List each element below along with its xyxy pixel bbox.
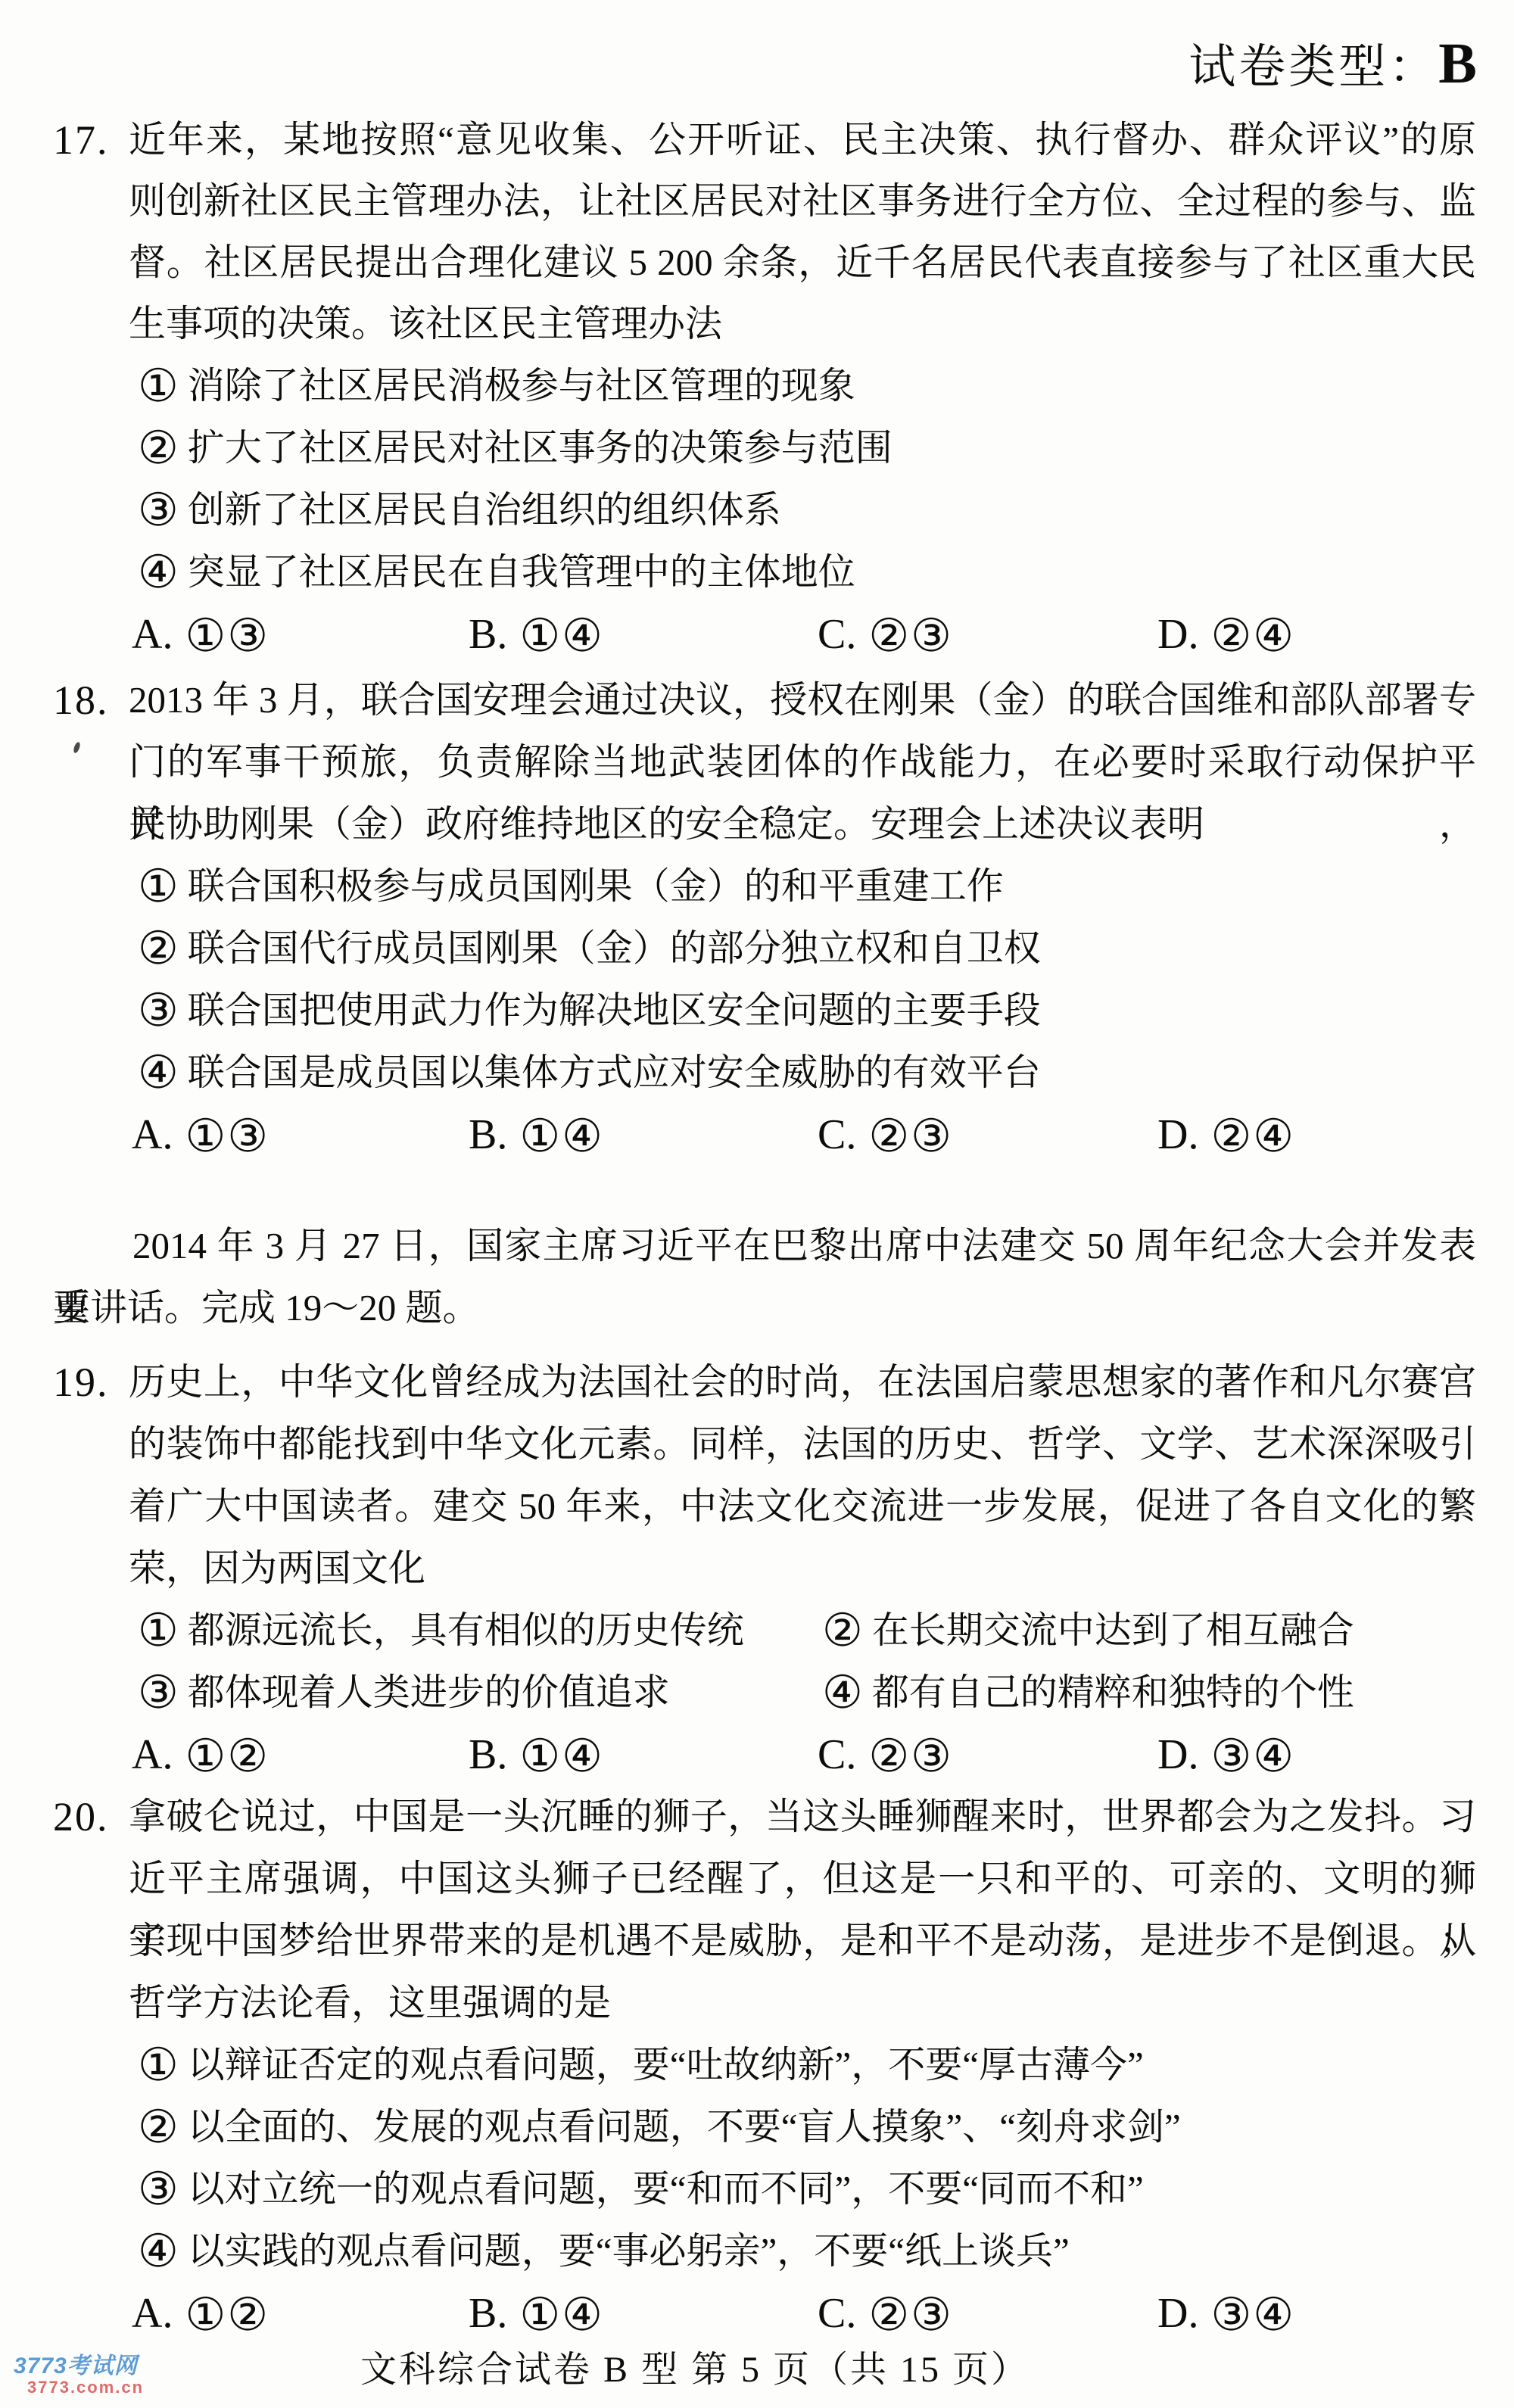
q20-number: 20.: [53, 1786, 109, 1848]
q19-item-1: ①都源远流长，具有相似的历史传统: [138, 1600, 744, 1662]
q18-item-1: ①联合国积极参与成员国刚果（金）的和平重建工作: [53, 855, 1514, 917]
q18-item-2: ②联合国代行成员国刚果（金）的部分独立权和自卫权: [53, 917, 1514, 980]
paper-type: 试卷类型：B: [1188, 32, 1477, 95]
circled-4-icon: ④: [138, 547, 179, 597]
circled-2-icon: ②: [138, 423, 179, 473]
q17-item-2: ②扩大了社区居民对社区事务的决策参与范围: [53, 417, 1514, 479]
q20-options: A.①② B.①④ C.②③ D.③④: [53, 2282, 1476, 2344]
q18-option-b: B.①④: [469, 1104, 604, 1167]
q19-stem-text-1: 历史上，中华文化曾经成为法国社会的时尚，在法国启蒙思想家的著作和凡尔赛宫: [129, 1361, 1476, 1403]
circled-3-icon: ③: [138, 485, 179, 535]
q18-number: 18.: [53, 669, 109, 731]
q17-option-d: D.②④: [1157, 603, 1295, 667]
q20-item-1: ①以辩证否定的观点看问题，要“吐故纳新”，不要“厚古薄今”: [53, 2034, 1514, 2096]
q19-options: A.①② B.①④ C.②③ D.③④: [53, 1724, 1476, 1786]
q19-stem-line-4: 荣，因为两国文化: [53, 1537, 1476, 1600]
q20-item-4: ④以实践的观点看问题，要“事必躬亲”，不要“纸上谈兵”: [53, 2220, 1514, 2282]
page-footer: 文科综合试卷 B 型 第 5 页（共 15 页）: [360, 2339, 1030, 2401]
q17-stem-text-1: 近年来，某地按照“意见收集、公开听证、民主决策、执行督办、群众评议”的原: [129, 119, 1476, 160]
q20-stem-line-2: 近平主席强调，中国这头狮子已经醒了，但这是一只和平的、可亲的、文明的狮子；: [53, 1848, 1476, 1910]
q19-items-row-2: ③都体现着人类进步的价值追求 ④都有自己的精粹和独特的个性: [53, 1662, 1476, 1724]
circled-2-icon: ②: [822, 1606, 863, 1656]
q17-options: A.①③ B.①④ C.②③ D.②④: [53, 603, 1476, 665]
q20-item-2: ②以全面的、发展的观点看问题，不要“盲人摸象”、“刻舟求剑”: [53, 2096, 1514, 2158]
q19-item-3: ③都体现着人类进步的价值追求: [138, 1662, 670, 1724]
paper-type-label: 试卷类型：: [1188, 42, 1438, 93]
q17-item-4: ④突显了社区居民在自我管理中的主体地位: [53, 541, 1514, 603]
q20-option-c: C.②③: [818, 2282, 953, 2346]
q19-stem-line-3: 着广大中国读者。建交 50 年来，中法文化交流进一步发展，促进了各自文化的繁: [53, 1475, 1476, 1537]
q17-item-3: ③创新了社区居民自治组织的组织体系: [53, 479, 1514, 541]
circled-1-icon: ①: [138, 1606, 179, 1656]
q19-option-a: A.①②: [132, 1724, 269, 1787]
circled-2-icon: ②: [138, 2102, 179, 2152]
q18-options: A.①③ B.①④ C.②③ D.②④: [53, 1104, 1476, 1166]
q18-option-c: C.②③: [818, 1104, 953, 1167]
circled-3-icon: ③: [138, 2164, 179, 2214]
q19-option-b: B.①④: [469, 1724, 604, 1787]
q20-option-a: A.①②: [132, 2282, 269, 2346]
paper-type-value: B: [1438, 32, 1477, 95]
q20-item-3: ③以对立统一的观点看问题，要“和而不同”，不要“同而不和”: [53, 2158, 1514, 2220]
q17-item-1: ①消除了社区居民消极参与社区管理的现象: [53, 355, 1514, 417]
q18-stem-text-1: 2013 年 3 月，联合国安理会通过决议，授权在刚果（金）的联合国维和部队部署…: [129, 679, 1476, 721]
q19-option-c: C.②③: [818, 1724, 953, 1787]
q18-stem-line-2: 门的军事干预旅，负责解除当地武装团体的作战能力，在必要时采取行动保护平民，: [53, 731, 1476, 793]
q17-option-a: A.①③: [132, 603, 269, 667]
circled-1-icon: ①: [138, 361, 179, 411]
q19-item-4: ④都有自己的精粹和独特的个性: [822, 1662, 1354, 1724]
q20-stem-line-3: 实现中国梦给世界带来的是机遇不是威胁，是和平不是动荡，是进步不是倒退。从: [53, 1910, 1476, 1972]
q17-stem-line-4: 生事项的决策。该社区民主管理办法: [53, 293, 1476, 355]
circled-4-icon: ④: [822, 1668, 863, 1718]
watermark-site-url: 3773.com.cn: [27, 2378, 144, 2397]
q19-stem-line-1: 19.历史上，中华文化曾经成为法国社会的时尚，在法国启蒙思想家的著作和凡尔赛宫: [53, 1351, 1476, 1413]
q18-item-3: ③联合国把使用武力作为解决地区安全问题的主要手段: [53, 980, 1514, 1042]
q18-item-4: ④联合国是成员国以集体方式应对安全威胁的有效平台: [53, 1042, 1514, 1104]
q20-stem-text-1: 拿破仑说过，中国是一头沉睡的狮子，当这头睡狮醒来时，世界都会为之发抖。习: [129, 1796, 1476, 1837]
q17-stem-line-1: 17.近年来，某地按照“意见收集、公开听证、民主决策、执行督办、群众评议”的原: [53, 109, 1476, 171]
q17-stem-line-3: 督。社区居民提出合理化建议 5 200 余条，近千名居民代表直接参与了社区重大民: [53, 232, 1476, 294]
q19-item-2: ②在长期交流中达到了相互融合: [822, 1600, 1354, 1662]
q20-option-d: D.③④: [1157, 2282, 1295, 2346]
circled-1-icon: ①: [138, 2040, 179, 2090]
q18-stem-line-3: 并协助刚果（金）政府维持地区的安全稳定。安理会上述决议表明: [53, 793, 1476, 855]
q17-stem-line-2: 则创新社区民主管理办法，让社区居民对社区事务进行全方位、全过程的参与、监: [53, 170, 1476, 232]
circled-4-icon: ④: [138, 1048, 179, 1098]
exam-page: 试卷类型：B 17.近年来，某地按照“意见收集、公开听证、民主决策、执行督办、群…: [0, 0, 1514, 2408]
q20-option-b: B.①④: [469, 2282, 604, 2346]
q18-stem-line-1: 18.2013 年 3 月，联合国安理会通过决议，授权在刚果（金）的联合国维和部…: [53, 669, 1476, 731]
q18-option-a: A.①③: [132, 1104, 269, 1167]
circled-4-icon: ④: [138, 2226, 179, 2276]
q17-option-c: C.②③: [818, 603, 953, 667]
q19-items-row-1: ①都源远流长，具有相似的历史传统 ②在长期交流中达到了相互融合: [53, 1600, 1476, 1662]
q20-stem-line-1: 20.拿破仑说过，中国是一头沉睡的狮子，当这头睡狮醒来时，世界都会为之发抖。习: [53, 1786, 1476, 1848]
intro-line-1: 2014 年 3 月 27 日，国家主席习近平在巴黎出席中法建交 50 周年纪念…: [53, 1215, 1476, 1277]
q17-number: 17.: [53, 109, 109, 171]
circled-3-icon: ③: [138, 1668, 179, 1718]
q20-stem-line-4: 哲学方法论看，这里强调的是: [53, 1972, 1476, 2034]
watermark-site-name: 3773考试网: [14, 2353, 138, 2380]
circled-2-icon: ②: [138, 924, 179, 973]
q18-option-d: D.②④: [1157, 1104, 1295, 1167]
q17-option-b: B.①④: [469, 603, 604, 667]
q19-stem-line-2: 的装饰中都能找到中华文化元素。同样，法国的历史、哲学、文学、艺术深深吸引: [53, 1413, 1476, 1475]
circled-3-icon: ③: [138, 986, 179, 1036]
q19-option-d: D.③④: [1157, 1724, 1295, 1787]
circled-1-icon: ①: [138, 861, 179, 911]
intro-line-2: 要讲话。完成 19～20 题。: [53, 1277, 1476, 1339]
q19-number: 19.: [53, 1351, 109, 1413]
